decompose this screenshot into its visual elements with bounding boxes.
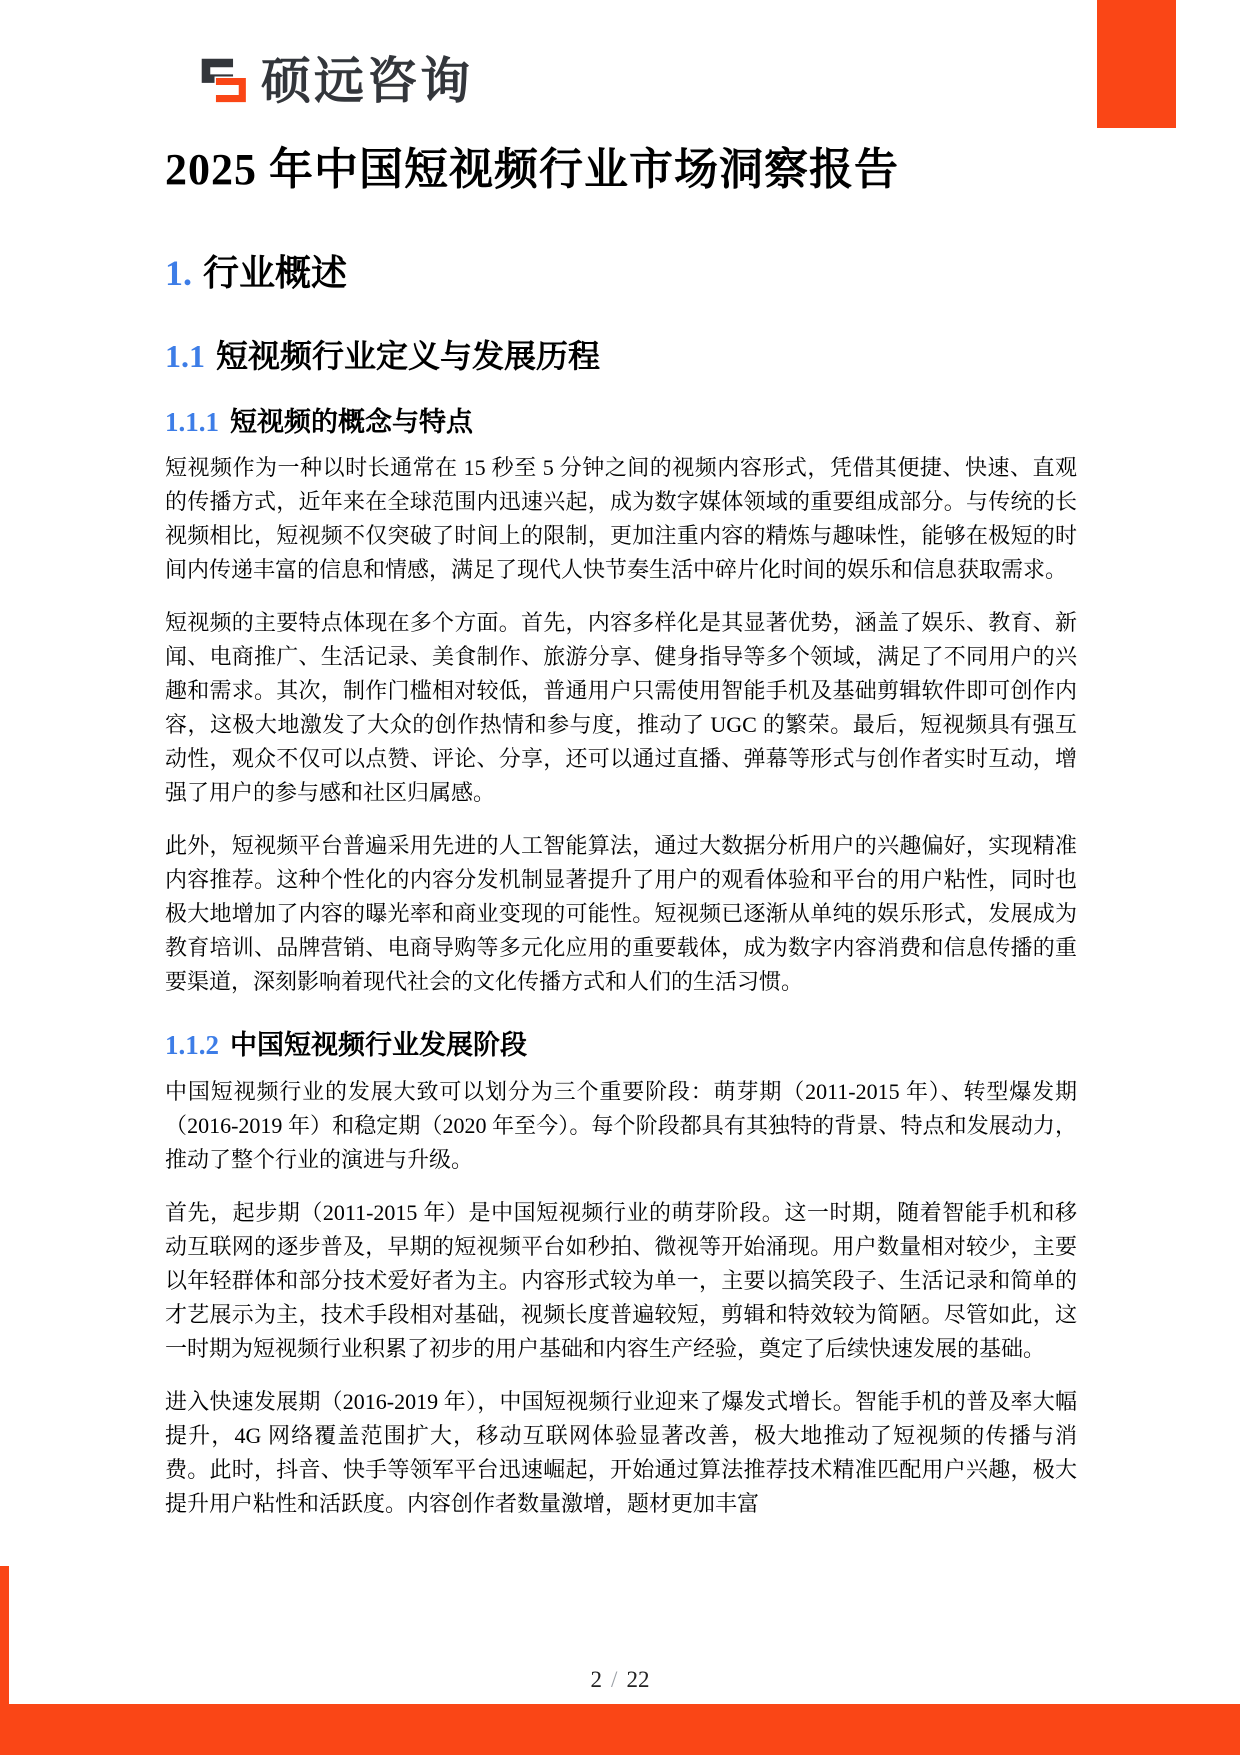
chapter-heading: 1.行业概述 bbox=[165, 251, 1077, 295]
page-footer: 2/22 bbox=[0, 1667, 1240, 1693]
body-paragraph: 进入快速发展期（2016-2019 年），中国短视频行业迎来了爆发式增长。智能手… bbox=[165, 1385, 1077, 1521]
page-number-separator: / bbox=[602, 1667, 626, 1692]
subsection-number: 1.1.1 bbox=[165, 407, 219, 437]
report-title: 2025 年中国短视频行业市场洞察报告 bbox=[165, 142, 1077, 197]
brand-logo-icon bbox=[201, 58, 248, 105]
report-page: 硕远咨询 2025 年中国短视频行业市场洞察报告 1.行业概述 1.1短视频行业… bbox=[0, 0, 1240, 1755]
chapter-title: 行业概述 bbox=[203, 252, 347, 293]
page-number-current: 2 bbox=[591, 1667, 603, 1692]
section-heading: 1.1短视频行业定义与发展历程 bbox=[165, 337, 1077, 375]
subsection-number: 1.1.2 bbox=[165, 1030, 219, 1060]
section-title: 短视频行业定义与发展历程 bbox=[216, 338, 600, 374]
chapter-number: 1. bbox=[165, 253, 192, 293]
section-number: 1.1 bbox=[165, 338, 205, 374]
body-paragraph: 短视频的主要特点体现在多个方面。首先，内容多样化是其显著优势，涵盖了娱乐、教育、… bbox=[165, 606, 1077, 810]
subsection-heading: 1.1.1短视频的概念与特点 bbox=[165, 406, 1077, 440]
body-paragraph: 首先，起步期（2011-2015 年）是中国短视频行业的萌芽阶段。这一时期，随着… bbox=[165, 1196, 1077, 1366]
brand-logo-text: 硕远咨询 bbox=[261, 56, 473, 106]
subsection-1: 1.1.1短视频的概念与特点 短视频作为一种以时长通常在 15 秒至 5 分钟之… bbox=[165, 406, 1077, 1000]
page-content: 硕远咨询 2025 年中国短视频行业市场洞察报告 1.行业概述 1.1短视频行业… bbox=[0, 0, 1240, 1521]
body-paragraph: 此外，短视频平台普遍采用先进的人工智能算法，通过大数据分析用户的兴趣偏好，实现精… bbox=[165, 829, 1077, 999]
body-paragraph: 中国短视频行业的发展大致可以划分为三个重要阶段：萌芽期（2011-2015 年）… bbox=[165, 1075, 1077, 1177]
subsection-heading: 1.1.2中国短视频行业发展阶段 bbox=[165, 1029, 1077, 1063]
subsection-title: 中国短视频行业发展阶段 bbox=[230, 1030, 527, 1060]
subsection-2: 1.1.2中国短视频行业发展阶段 中国短视频行业的发展大致可以划分为三个重要阶段… bbox=[165, 1029, 1077, 1521]
page-number-total: 22 bbox=[626, 1667, 649, 1692]
top-accent-bar bbox=[1097, 0, 1176, 128]
body-paragraph: 短视频作为一种以时长通常在 15 秒至 5 分钟之间的视频内容形式，凭借其便捷、… bbox=[165, 451, 1077, 587]
brand-logo: 硕远咨询 bbox=[201, 56, 1077, 106]
bottom-accent-bar bbox=[0, 1704, 1240, 1755]
subsection-title: 短视频的概念与特点 bbox=[230, 407, 473, 437]
